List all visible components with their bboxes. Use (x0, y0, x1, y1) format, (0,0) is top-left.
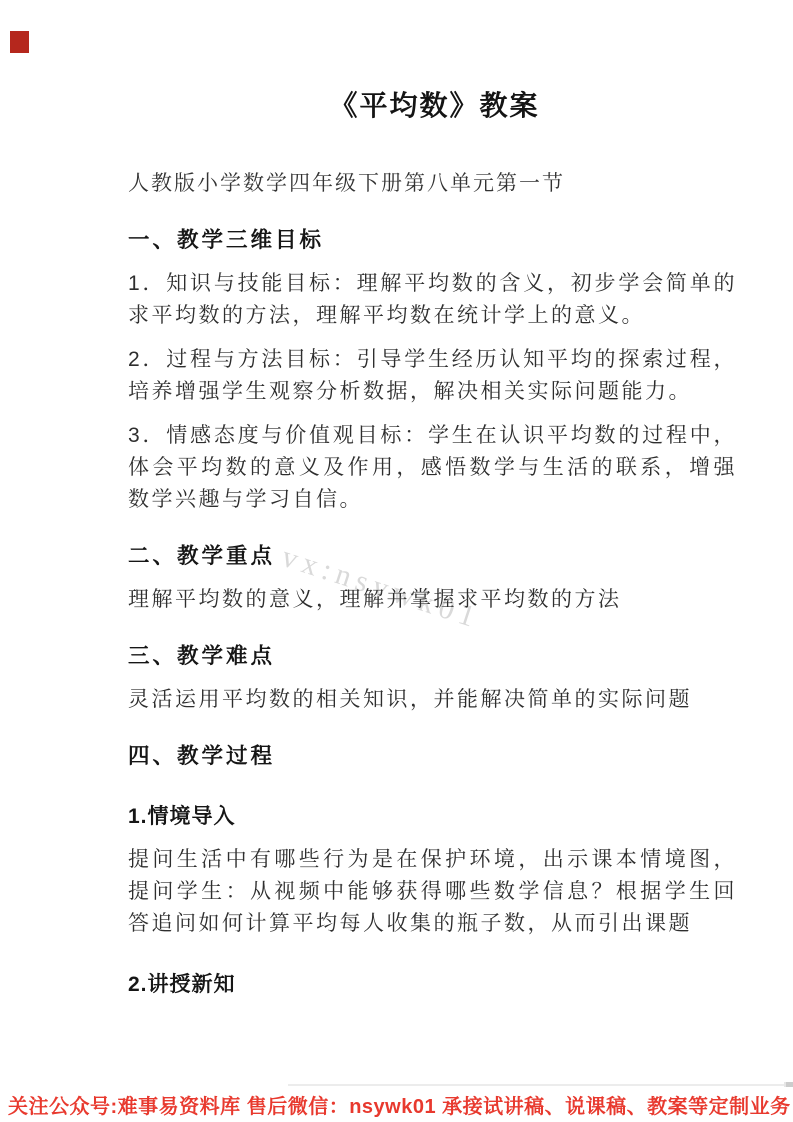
paragraph-key-points: 理解平均数的意义，理解并掌握求平均数的方法 (128, 584, 737, 616)
paragraph-objective-1: 1．知识与技能目标：理解平均数的含义，初步学会简单的求平均数的方法，理解平均数在… (128, 268, 737, 332)
paragraph-situation-intro: 提问生活中有哪些行为是在保护环境，出示课本情境图，提问学生：从视频中能够获得哪些… (128, 844, 737, 940)
section-heading-key-points: 二、教学重点 (128, 540, 737, 572)
page-edge-line (288, 1084, 793, 1086)
paragraph-objective-3: 3．情感态度与价值观目标：学生在认识平均数的过程中，体会平均数的意义及作用，感悟… (128, 420, 737, 516)
red-square-marker (10, 31, 29, 53)
document-page: 《平均数》教案 人教版小学数学四年级下册第八单元第一节 一、教学三维目标 1．知… (0, 0, 793, 1122)
doc-subtitle: 人教版小学数学四年级下册第八单元第一节 (128, 168, 737, 200)
section-heading-difficulties: 三、教学难点 (128, 640, 737, 672)
footer-banner: 关注公众号:难事易资料库 售后微信：nsywk01 承接试讲稿、说课稿、教案等定… (0, 1087, 793, 1122)
doc-body: 人教版小学数学四年级下册第八单元第一节 一、教学三维目标 1．知识与技能目标：理… (0, 168, 793, 1000)
paragraph-objective-2: 2．过程与方法目标：引导学生经历认知平均的探索过程，培养增强学生观察分析数据，解… (128, 344, 737, 408)
footer-text: 关注公众号:难事易资料库 售后微信：nsywk01 承接试讲稿、说课稿、教案等定… (8, 1090, 791, 1119)
doc-title: 《平均数》教案 (0, 0, 793, 124)
section-heading-process: 四、教学过程 (128, 740, 737, 772)
sub-heading-new-knowledge: 2.讲授新知 (128, 970, 737, 1000)
section-heading-objectives: 一、教学三维目标 (128, 224, 737, 256)
sub-heading-situation-intro: 1.情境导入 (128, 802, 737, 832)
paragraph-difficulties: 灵活运用平均数的相关知识，并能解决简单的实际问题 (128, 684, 737, 716)
